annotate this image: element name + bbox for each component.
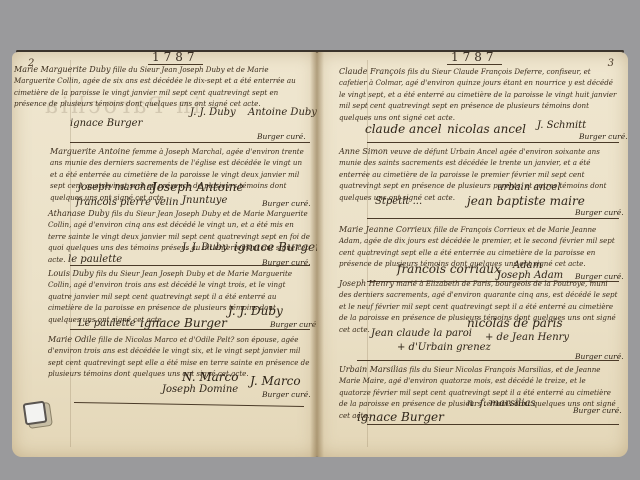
- signature: francois corriaux: [397, 262, 501, 276]
- entry-name: Louis Duby: [48, 269, 94, 278]
- signature: Joseph Domine: [162, 384, 238, 395]
- entry-name: Athanase Duby: [48, 209, 109, 218]
- entry-name: Marie Marguerite Duby: [14, 65, 111, 74]
- signature: joseph marchal: [78, 182, 156, 193]
- signature: urbain ancel: [497, 182, 561, 193]
- signature: claude ancel: [365, 122, 442, 136]
- entry-divider: [357, 360, 619, 361]
- book-gutter: [310, 52, 324, 457]
- signature: Antoine Duby: [248, 107, 317, 118]
- signature: francois pierre velin: [76, 197, 179, 208]
- signature: Joseph Antoine: [152, 180, 244, 194]
- right-page: 3 1787 Claude François fils du Sieur Cla…: [317, 52, 628, 457]
- entry-divider: [367, 218, 619, 219]
- reference-tab-sticker: [23, 401, 48, 426]
- signature: N. Marco: [182, 370, 238, 384]
- signature: J. Marco: [250, 374, 301, 388]
- entry-divider: [70, 265, 310, 266]
- signature: Jnuntuye: [182, 195, 227, 206]
- register-entry: Claude François fils du Sieur Claude Fra…: [339, 66, 619, 123]
- year-heading: 1787: [148, 50, 203, 65]
- signature: n. f. marsilias: [467, 398, 536, 409]
- entry-name: Claude François: [339, 67, 405, 76]
- signature: Stpetit ...: [375, 196, 422, 207]
- signature: le paulette: [68, 254, 122, 265]
- cure-signature: Burger curé.: [262, 199, 311, 208]
- register-entry: Marguerite Antoine femme à Joseph Marcha…: [50, 146, 308, 203]
- signature: jean baptiste maire: [467, 194, 585, 208]
- cure-signature: Burger curé.: [579, 132, 628, 141]
- entry-name: Joseph Henry: [339, 279, 394, 288]
- signature: J. Schmitt: [537, 120, 586, 131]
- entry-divider: [367, 424, 619, 425]
- left-page: 2 1787 in Parochia Marie Marguerite Duby…: [12, 52, 317, 457]
- open-register-book: 2 1787 in Parochia Marie Marguerite Duby…: [12, 52, 628, 457]
- cure-signature: Burger curé.: [262, 390, 311, 399]
- entry-name: Marguerite Antoine: [50, 147, 130, 156]
- signature: Adam: [513, 260, 542, 271]
- entry-divider: [367, 142, 619, 143]
- signature: + de Jean Henry: [485, 332, 569, 343]
- signature: nicolas de paris: [467, 316, 563, 330]
- entry-name: Marie Odile: [48, 335, 96, 344]
- signature: J. J. Duby: [182, 242, 228, 253]
- cure-signature: Burger curé.: [575, 208, 624, 217]
- signature: ignace Burger: [70, 118, 142, 129]
- entry-name: Marie Jeanne Corrieux: [339, 225, 431, 234]
- year-heading: 1787: [447, 50, 502, 65]
- cure-signature: Burger curé.: [257, 132, 306, 141]
- signature: Le paulette: [78, 318, 136, 329]
- register-entry: Marie Marguerite Duby fille du Sieur Jea…: [14, 64, 306, 110]
- signature: J. J. Duby: [190, 107, 236, 118]
- signature: + d'Urbain grenez: [397, 342, 491, 353]
- signature: J. J. Duby: [228, 304, 283, 318]
- signature: ignace Burger: [234, 240, 321, 254]
- cure-signature: Burger curé.: [573, 406, 622, 415]
- signature: Jean claude la paroi: [371, 328, 472, 339]
- entry-name: Anne Simon: [339, 147, 388, 156]
- signature: ignace Burger: [140, 316, 227, 330]
- signature: nicolas ancel: [447, 122, 526, 136]
- entry-name: Urbain Marsilias: [339, 365, 407, 374]
- entry-divider: [70, 329, 310, 330]
- entry-divider: [74, 402, 304, 407]
- register-entry: Marie Odile fille de Nicolas Marco et d'…: [48, 334, 310, 380]
- entry-divider: [70, 142, 310, 143]
- signature: ignace Burger: [357, 410, 444, 424]
